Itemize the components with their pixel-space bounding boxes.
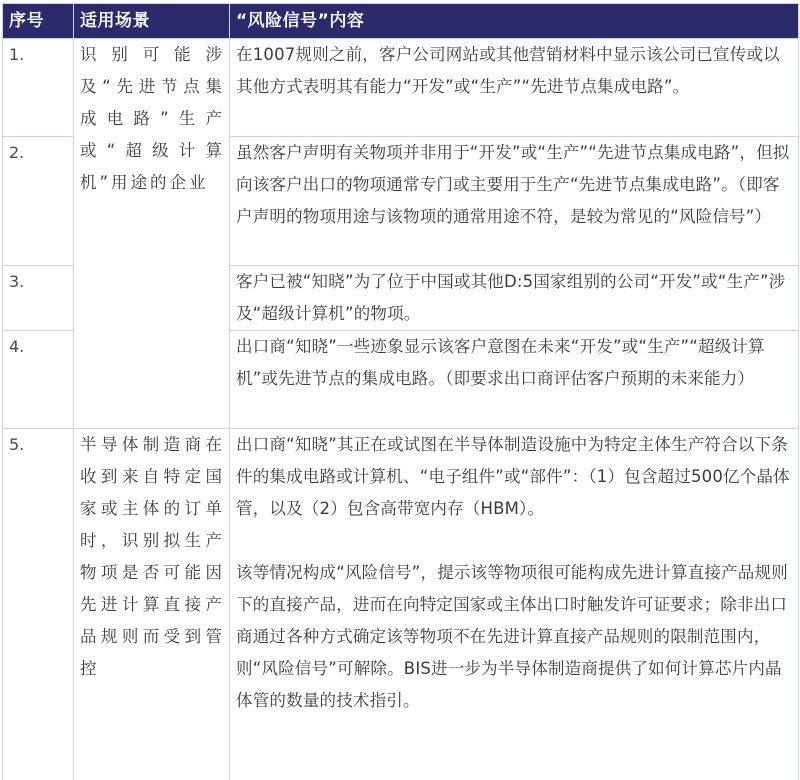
header-scenario: 适用场景 (74, 4, 230, 39)
table-row: 5. 半导体制造商在收到来自特定国家或主体的订单时，识别拟生产物项是否可能因先进… (3, 429, 799, 780)
risk-signal-content: 出口商“知晓”一些迹象显示该客户意图在未来“开发”或“生产”“超级计算机”或先进… (230, 331, 799, 429)
table-row: 1. 识别可能涉及“先进节点集成电路”生产或“超级计算机”用途的企业 在1007… (3, 39, 799, 137)
header-content: “风险信号”内容 (230, 4, 799, 39)
row-number: 3. (3, 266, 74, 331)
row-number: 5. (3, 429, 74, 780)
scenario-cell: 半导体制造商在收到来自特定国家或主体的订单时，识别拟生产物项是否可能因先进计算直… (74, 429, 230, 780)
risk-signal-table-container: 序号 适用场景 “风险信号”内容 1. 识别可能涉及“先进节点集成电路”生产或“… (2, 3, 798, 780)
content-paragraph-1: 出口商“知晓”其正在或试图在半导体制造设施中为特定主体生产符合以下条件的集成电路… (236, 429, 792, 525)
table-header-row: 序号 适用场景 “风险信号”内容 (3, 4, 799, 39)
header-number: 序号 (3, 4, 74, 39)
risk-signal-content: 虽然客户声明有关物项并非用于“开发”或“生产”“先进节点集成电路”，但拟向该客户… (230, 137, 799, 266)
risk-signal-content: 出口商“知晓”其正在或试图在半导体制造设施中为特定主体生产符合以下条件的集成电路… (230, 429, 799, 780)
scenario-cell: 识别可能涉及“先进节点集成电路”生产或“超级计算机”用途的企业 (74, 39, 230, 429)
content-paragraph-2: 该等情况构成“风险信号”，提示该等物项很可能构成先进计算直接产品规则下的直接产品… (236, 557, 792, 717)
row-number: 2. (3, 137, 74, 266)
risk-signal-content: 在1007规则之前，客户公司网站或其他营销材料中显示该公司已宣传或以其他方式表明… (230, 39, 799, 137)
risk-signal-content: 客户已被“知晓”为了位于中国或其他D:5国家组别的公司“开发”或“生产”涉及“超… (230, 266, 799, 331)
risk-signal-table: 序号 适用场景 “风险信号”内容 1. 识别可能涉及“先进节点集成电路”生产或“… (2, 3, 799, 780)
row-number: 1. (3, 39, 74, 137)
row-number: 4. (3, 331, 74, 429)
paragraph-spacer (236, 525, 792, 557)
